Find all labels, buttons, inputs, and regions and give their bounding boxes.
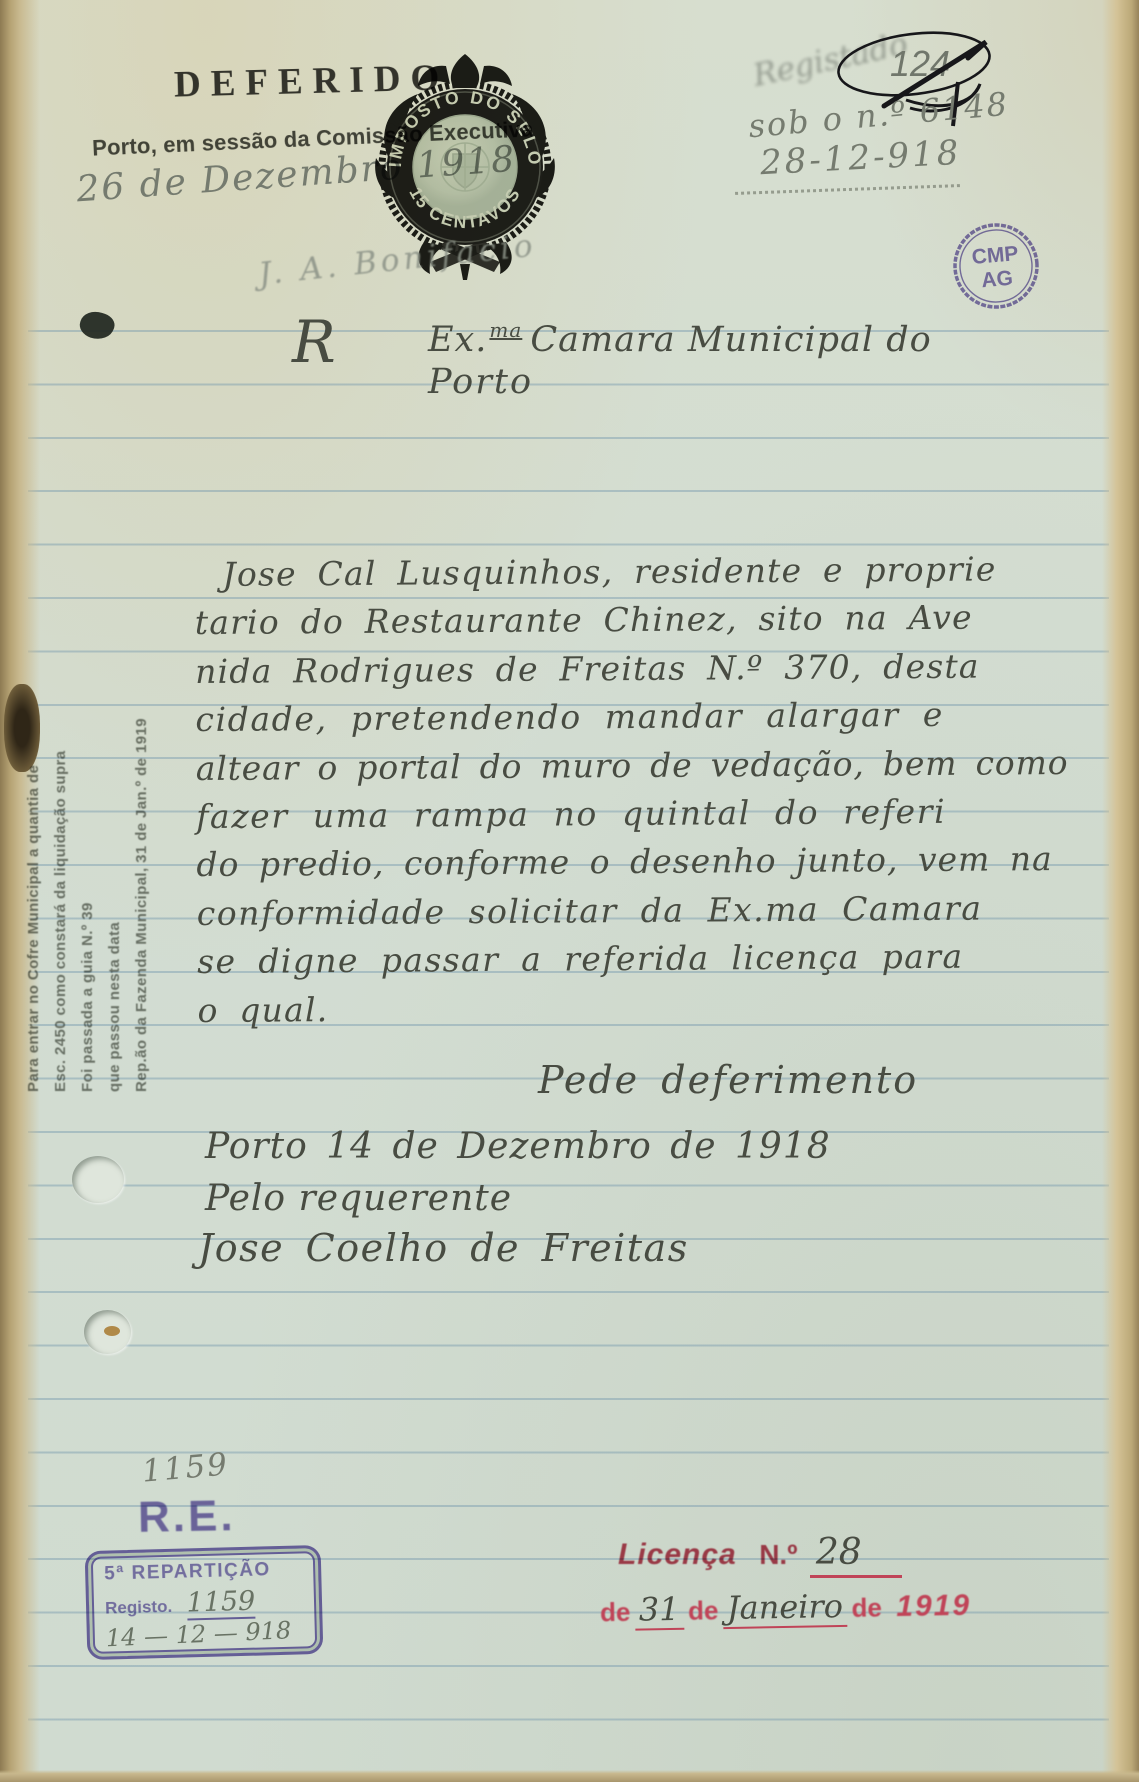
- body-line: do predio, conforme o desenho junto, vem…: [196, 839, 1069, 893]
- register-label: Registo.: [105, 1597, 173, 1618]
- reparticao-date: 14 — 12 — 918: [105, 1616, 306, 1653]
- dotted-underline: [735, 184, 960, 195]
- body-line: nida Rodrigues de Freitas N.º 370, desta: [195, 646, 1068, 700]
- margin-stamp-line: que passou nesta data: [101, 532, 128, 1092]
- licenca-de3: de: [851, 1592, 882, 1623]
- licenca-de1: de: [600, 1597, 631, 1628]
- document-scan: DEFERIDO Porto, em sessão da Comissão Ex…: [0, 0, 1139, 1782]
- by-line: Pelo requerente: [205, 1178, 512, 1219]
- letter-body: Jose Cal Lusquinhos, residente e proprie…: [194, 549, 1070, 1039]
- embossed-coat-of-arms: [441, 143, 489, 191]
- licenca-day: 31: [634, 1590, 683, 1631]
- page-edge-right: [1102, 0, 1139, 1782]
- requester-signature: Jose Coelho de Freitas: [198, 1226, 689, 1270]
- page-edge-bottom: [0, 1770, 1139, 1782]
- margin-stamp-line: Esc. 2450 como constará da liquidação su…: [47, 532, 74, 1092]
- margin-treasury-stamp: Para entrar no Cofre Municipal a quantia…: [20, 532, 160, 1092]
- body-line: cidade, pretendendo mandar alargar e: [195, 694, 1068, 748]
- ag-text: AG: [980, 267, 1013, 293]
- place-date-line: Porto 14 de Dezembro de 1918: [205, 1126, 831, 1167]
- response-mark: R: [292, 308, 336, 376]
- licenca-no-label: N.º: [759, 1539, 797, 1570]
- addressee-city: Porto: [428, 362, 533, 402]
- paper-fleck: [104, 1326, 120, 1336]
- re-mark: R.E.: [138, 1491, 236, 1543]
- margin-stamp-line: Rep.ão da Fazenda Municipal, 31 de Jan.º…: [128, 532, 155, 1092]
- body-line: fazer uma rampa no quintal do referi: [196, 791, 1069, 845]
- licenca-stamp: Licença N.º 28: [618, 1532, 902, 1573]
- cmp-text: CMP: [971, 242, 1019, 269]
- body-line: conformidade solicitar da Ex.ma Camara: [197, 888, 1070, 942]
- body-line: altear o portal do muro de vedação, bem …: [196, 743, 1069, 797]
- body-line: tario do Restaurante Chinez, sito na Ave: [195, 597, 1068, 651]
- addressee-rest: Camara Municipal do: [530, 320, 931, 360]
- margin-stamp-line: Foi passada a guia N.º 39: [74, 532, 101, 1092]
- addressee-line: Ex.maCamara Municipal do: [428, 318, 932, 360]
- paper-hole-1: [72, 1156, 124, 1203]
- body-line: Jose Cal Lusquinhos, residente e proprie: [194, 549, 1067, 603]
- cmp-ag-stamp: CMP AG: [946, 216, 1046, 316]
- body-line: o qual.: [197, 984, 1070, 1038]
- licenca-year: 1919: [896, 1589, 971, 1623]
- addressee-prefix: Ex.: [428, 320, 487, 360]
- reparticao-stamp-box: 5ª REPARTIÇÃO Registo. 1159 14 — 12 — 91…: [85, 1545, 324, 1660]
- licenca-number: 28: [810, 1532, 902, 1578]
- register-number: 1159: [186, 1586, 256, 1621]
- body-line: se digne passar a referida licença para: [197, 936, 1070, 990]
- closing-request: Pede deferimento: [538, 1058, 918, 1102]
- licenca-de2: de: [688, 1595, 719, 1626]
- reparticao-title: 5ª REPARTIÇÃO: [104, 1558, 305, 1585]
- licenca-month: Janeiro: [722, 1587, 847, 1629]
- addressee-superscript: ma: [489, 318, 522, 342]
- licenca-label: Licença: [618, 1538, 737, 1571]
- process-number: 1159: [141, 1446, 231, 1489]
- licenca-date-line: de 31 de Janeiro de 1919: [600, 1585, 972, 1629]
- margin-stamp-line: Para entrar no Cofre Municipal a quantia…: [20, 532, 47, 1092]
- circled-number: 124: [890, 43, 950, 84]
